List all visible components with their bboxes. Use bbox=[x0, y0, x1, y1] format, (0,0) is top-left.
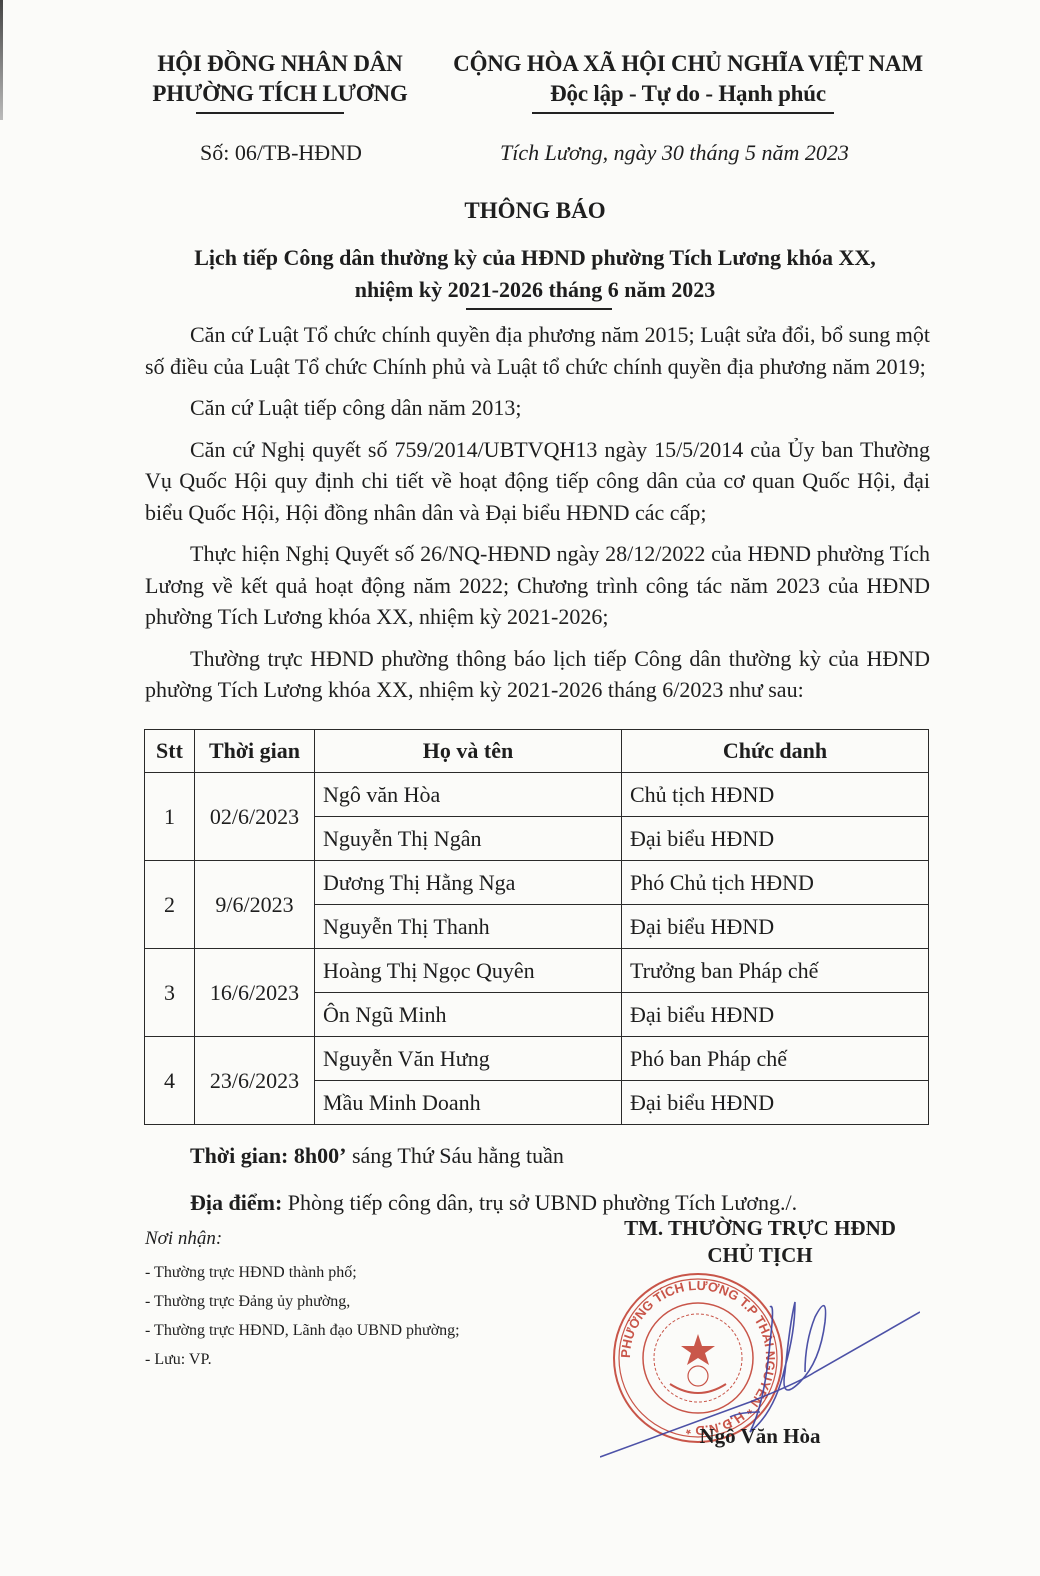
nation-line-2: Độc lập - Tự do - Hạnh phúc bbox=[438, 79, 938, 109]
cell-date: 02/6/2023 bbox=[195, 773, 315, 861]
recipient-item: - Lưu: VP. bbox=[145, 1345, 460, 1374]
photo-edge-shadow bbox=[0, 0, 3, 120]
header-stt: Stt bbox=[145, 730, 195, 773]
paragraph-announcement: Thường trực HĐND phường thông báo lịch t… bbox=[145, 643, 930, 706]
cell-role: Phó Chủ tịch HĐND bbox=[622, 861, 929, 905]
cell-name: Dương Thị Hằng Nga bbox=[315, 861, 622, 905]
recipient-item: - Thường trực HĐND, Lãnh đạo UBND phường… bbox=[145, 1316, 460, 1345]
meeting-time-label: Thời gian: 8h00’ bbox=[190, 1143, 346, 1168]
document-title: THÔNG BÁO bbox=[140, 198, 930, 224]
meeting-time-value: sáng Thứ Sáu hằng tuần bbox=[346, 1143, 563, 1168]
subtitle-line-1: Lịch tiếp Công dân thường kỳ của HĐND ph… bbox=[140, 242, 930, 274]
recipients-list: - Thường trực HĐND thành phố; - Thường t… bbox=[145, 1258, 460, 1374]
table-row: 423/6/2023Nguyễn Văn HưngPhó ban Pháp ch… bbox=[145, 1037, 929, 1081]
signature-line-1: TM. THƯỜNG TRỰC HĐND bbox=[590, 1215, 930, 1242]
cell-role: Đại biểu HĐND bbox=[622, 817, 929, 861]
header-name: Họ và tên bbox=[315, 730, 622, 773]
cell-name: Ngô văn Hòa bbox=[315, 773, 622, 817]
cell-role: Đại biểu HĐND bbox=[622, 993, 929, 1037]
cell-role: Đại biểu HĐND bbox=[622, 905, 929, 949]
motto-underline bbox=[532, 112, 834, 114]
cell-name: Ôn Ngũ Minh bbox=[315, 993, 622, 1037]
schedule-table: Stt Thời gian Họ và tên Chức danh 102/6/… bbox=[144, 729, 929, 1125]
cell-date: 16/6/2023 bbox=[195, 949, 315, 1037]
cell-stt: 3 bbox=[145, 949, 195, 1037]
meeting-time: Thời gian: 8h00’ sáng Thứ Sáu hằng tuần bbox=[190, 1143, 564, 1169]
cell-role: Phó ban Pháp chế bbox=[622, 1037, 929, 1081]
meeting-place-label: Địa điểm: bbox=[190, 1190, 282, 1215]
document-body: Căn cứ Luật Tổ chức chính quyền địa phươ… bbox=[145, 319, 930, 716]
table-row: 29/6/2023Dương Thị Hằng NgaPhó Chủ tịch … bbox=[145, 861, 929, 905]
cell-role: Chủ tịch HĐND bbox=[622, 773, 929, 817]
subtitle-line-2: nhiệm kỳ 2021-2026 tháng 6 năm 2023 bbox=[140, 274, 930, 306]
cell-name: Nguyễn Thị Thanh bbox=[315, 905, 622, 949]
cell-stt: 1 bbox=[145, 773, 195, 861]
meeting-place-value: Phòng tiếp công dân, trụ sở UBND phường … bbox=[282, 1190, 797, 1215]
recipient-item: - Thường trực HĐND thành phố; bbox=[145, 1258, 460, 1287]
document-subtitle: Lịch tiếp Công dân thường kỳ của HĐND ph… bbox=[140, 242, 930, 306]
org-underline bbox=[196, 112, 344, 114]
cell-name: Hoàng Thị Ngọc Quyên bbox=[315, 949, 622, 993]
org-line-1: HỘI ĐỒNG NHÂN DÂN bbox=[140, 49, 420, 79]
meeting-place: Địa điểm: Phòng tiếp công dân, trụ sở UB… bbox=[190, 1190, 797, 1216]
recipient-item: - Thường trực Đảng ủy phường, bbox=[145, 1287, 460, 1316]
header-time: Thời gian bbox=[195, 730, 315, 773]
table-header-row: Stt Thời gian Họ và tên Chức danh bbox=[145, 730, 929, 773]
recipients-title: Nơi nhận: bbox=[145, 1228, 222, 1250]
document-number: Số: 06/TB-HĐND bbox=[200, 140, 362, 166]
paragraph-legal-basis-3: Căn cứ Nghị quyết số 759/2014/UBTVQH13 n… bbox=[145, 434, 930, 529]
cell-name: Nguyễn Thị Ngân bbox=[315, 817, 622, 861]
cell-date: 9/6/2023 bbox=[195, 861, 315, 949]
paragraph-legal-basis-1: Căn cứ Luật Tổ chức chính quyền địa phươ… bbox=[145, 319, 930, 382]
cell-stt: 4 bbox=[145, 1037, 195, 1125]
cell-name: Mầu Minh Doanh bbox=[315, 1081, 622, 1125]
cell-name: Nguyễn Văn Hưng bbox=[315, 1037, 622, 1081]
signature-block-title: TM. THƯỜNG TRỰC HĐND CHỦ TỊCH bbox=[590, 1215, 930, 1269]
cell-stt: 2 bbox=[145, 861, 195, 949]
table-row: 316/6/2023Hoàng Thị Ngọc QuyênTrưởng ban… bbox=[145, 949, 929, 993]
signer-name: Ngô Văn Hòa bbox=[660, 1424, 860, 1449]
cell-role: Đại biểu HĐND bbox=[622, 1081, 929, 1125]
schedule-table-body: 102/6/2023Ngô văn HòaChủ tịch HĐNDNguyễn… bbox=[145, 773, 929, 1125]
paragraph-implementation: Thực hiện Nghị Quyết số 26/NQ-HĐND ngày … bbox=[145, 538, 930, 633]
header-role: Chức danh bbox=[622, 730, 929, 773]
place-date: Tích Lương, ngày 30 tháng 5 năm 2023 bbox=[500, 140, 849, 166]
issuing-organization: HỘI ĐỒNG NHÂN DÂN PHƯỜNG TÍCH LƯƠNG bbox=[140, 49, 420, 109]
paragraph-legal-basis-2: Căn cứ Luật tiếp công dân năm 2013; bbox=[145, 392, 930, 424]
table-row: 102/6/2023Ngô văn HòaChủ tịch HĐND bbox=[145, 773, 929, 817]
title-underline bbox=[466, 308, 612, 310]
cell-role: Trưởng ban Pháp chế bbox=[622, 949, 929, 993]
org-line-2: PHƯỜNG TÍCH LƯƠNG bbox=[140, 79, 420, 109]
nation-line-1: CỘNG HÒA XÃ HỘI CHỦ NGHĨA VIỆT NAM bbox=[438, 49, 938, 79]
cell-date: 23/6/2023 bbox=[195, 1037, 315, 1125]
national-motto: CỘNG HÒA XÃ HỘI CHỦ NGHĨA VIỆT NAM Độc l… bbox=[438, 49, 938, 109]
